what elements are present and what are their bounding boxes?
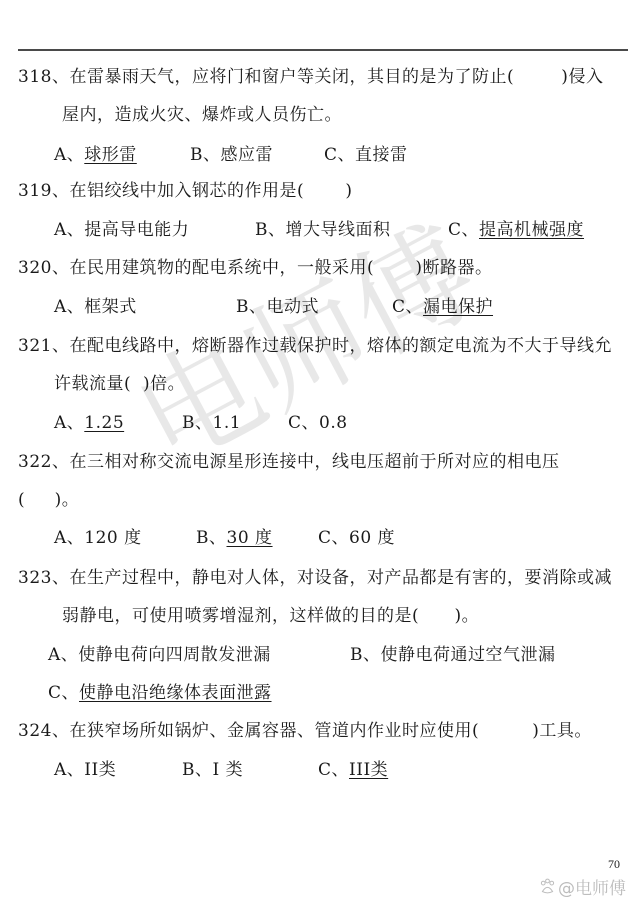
header-rule <box>18 49 628 51</box>
option-a: A、提高导电能力 <box>54 219 189 241</box>
question-text-line: 弱静电，可使用喷雾增湿剂，这样做的目的是( )。 <box>62 605 479 627</box>
option-c: C、使静电沿绝缘体表面泄露 <box>48 682 272 704</box>
option-b: B、使静电荷通过空气泄漏 <box>350 644 556 666</box>
option-a: A、使静电荷向四周散发泄漏 <box>48 644 271 666</box>
question-text-line: 320、在民用建筑物的配电系统中，一般采用( )断路器。 <box>18 257 493 279</box>
correct-answer: 漏电保护 <box>423 297 493 317</box>
page-number: 70 <box>608 857 620 872</box>
option-b: B、感应雷 <box>190 144 273 166</box>
option-a: A、球形雷 <box>54 144 137 166</box>
option-b: B、1.1 <box>182 412 241 434</box>
option-a: A、120 度 <box>54 527 142 549</box>
question-text-line: 许载流量( )倍。 <box>54 373 185 395</box>
question-text-line: 324、在狭窄场所如锅炉、金属容器、管道内作业时应使用( )工具。 <box>18 720 592 742</box>
option-a: A、1.25 <box>54 412 124 434</box>
question-text-line: ( )。 <box>18 489 79 511</box>
option-a: A、II类 <box>54 759 116 781</box>
option-b: B、电动式 <box>236 296 319 318</box>
question-text-line: 屋内，造成火灾、爆炸或人员伤亡。 <box>62 104 342 126</box>
baidu-paw-icon <box>539 878 556 895</box>
correct-answer: III类 <box>349 760 388 780</box>
option-c: C、60 度 <box>318 527 395 549</box>
option-b: B、I 类 <box>182 759 243 781</box>
correct-answer: 使静电沿绝缘体表面泄露 <box>79 683 272 703</box>
question-text-line: 323、在生产过程中，静电对人体，对设备，对产品都是有害的，要消除或减 <box>18 567 612 589</box>
option-c: C、直接雷 <box>324 144 408 166</box>
correct-answer: 30 度 <box>227 528 273 548</box>
question-text-line: 322、在三相对称交流电源星形连接中，线电压超前于所对应的相电压 <box>18 451 559 473</box>
option-c: C、III类 <box>318 759 388 781</box>
question-text-line: 321、在配电线路中，熔断器作过载保护时，熔体的额定电流为不大于导线允 <box>18 335 612 357</box>
option-b: B、增大导线面积 <box>255 219 391 241</box>
question-text-line: 318、在雷暴雨天气，应将门和窗户等关闭，其目的是为了防止( )侵入 <box>18 66 603 88</box>
correct-answer: 球形雷 <box>84 145 137 165</box>
correct-answer: 1.25 <box>84 413 124 433</box>
option-b: B、30 度 <box>196 527 273 549</box>
option-c: C、漏电保护 <box>392 296 493 318</box>
correct-answer: 提高机械强度 <box>479 220 584 240</box>
option-c: C、提高机械强度 <box>448 219 584 241</box>
brand-watermark: @电师傅 <box>539 874 626 899</box>
question-text-line: 319、在铝绞线中加入钢芯的作用是( ) <box>18 180 353 202</box>
brand-handle: @电师傅 <box>558 874 626 899</box>
option-c: C、0.8 <box>288 412 348 434</box>
option-a: A、框架式 <box>54 296 137 318</box>
